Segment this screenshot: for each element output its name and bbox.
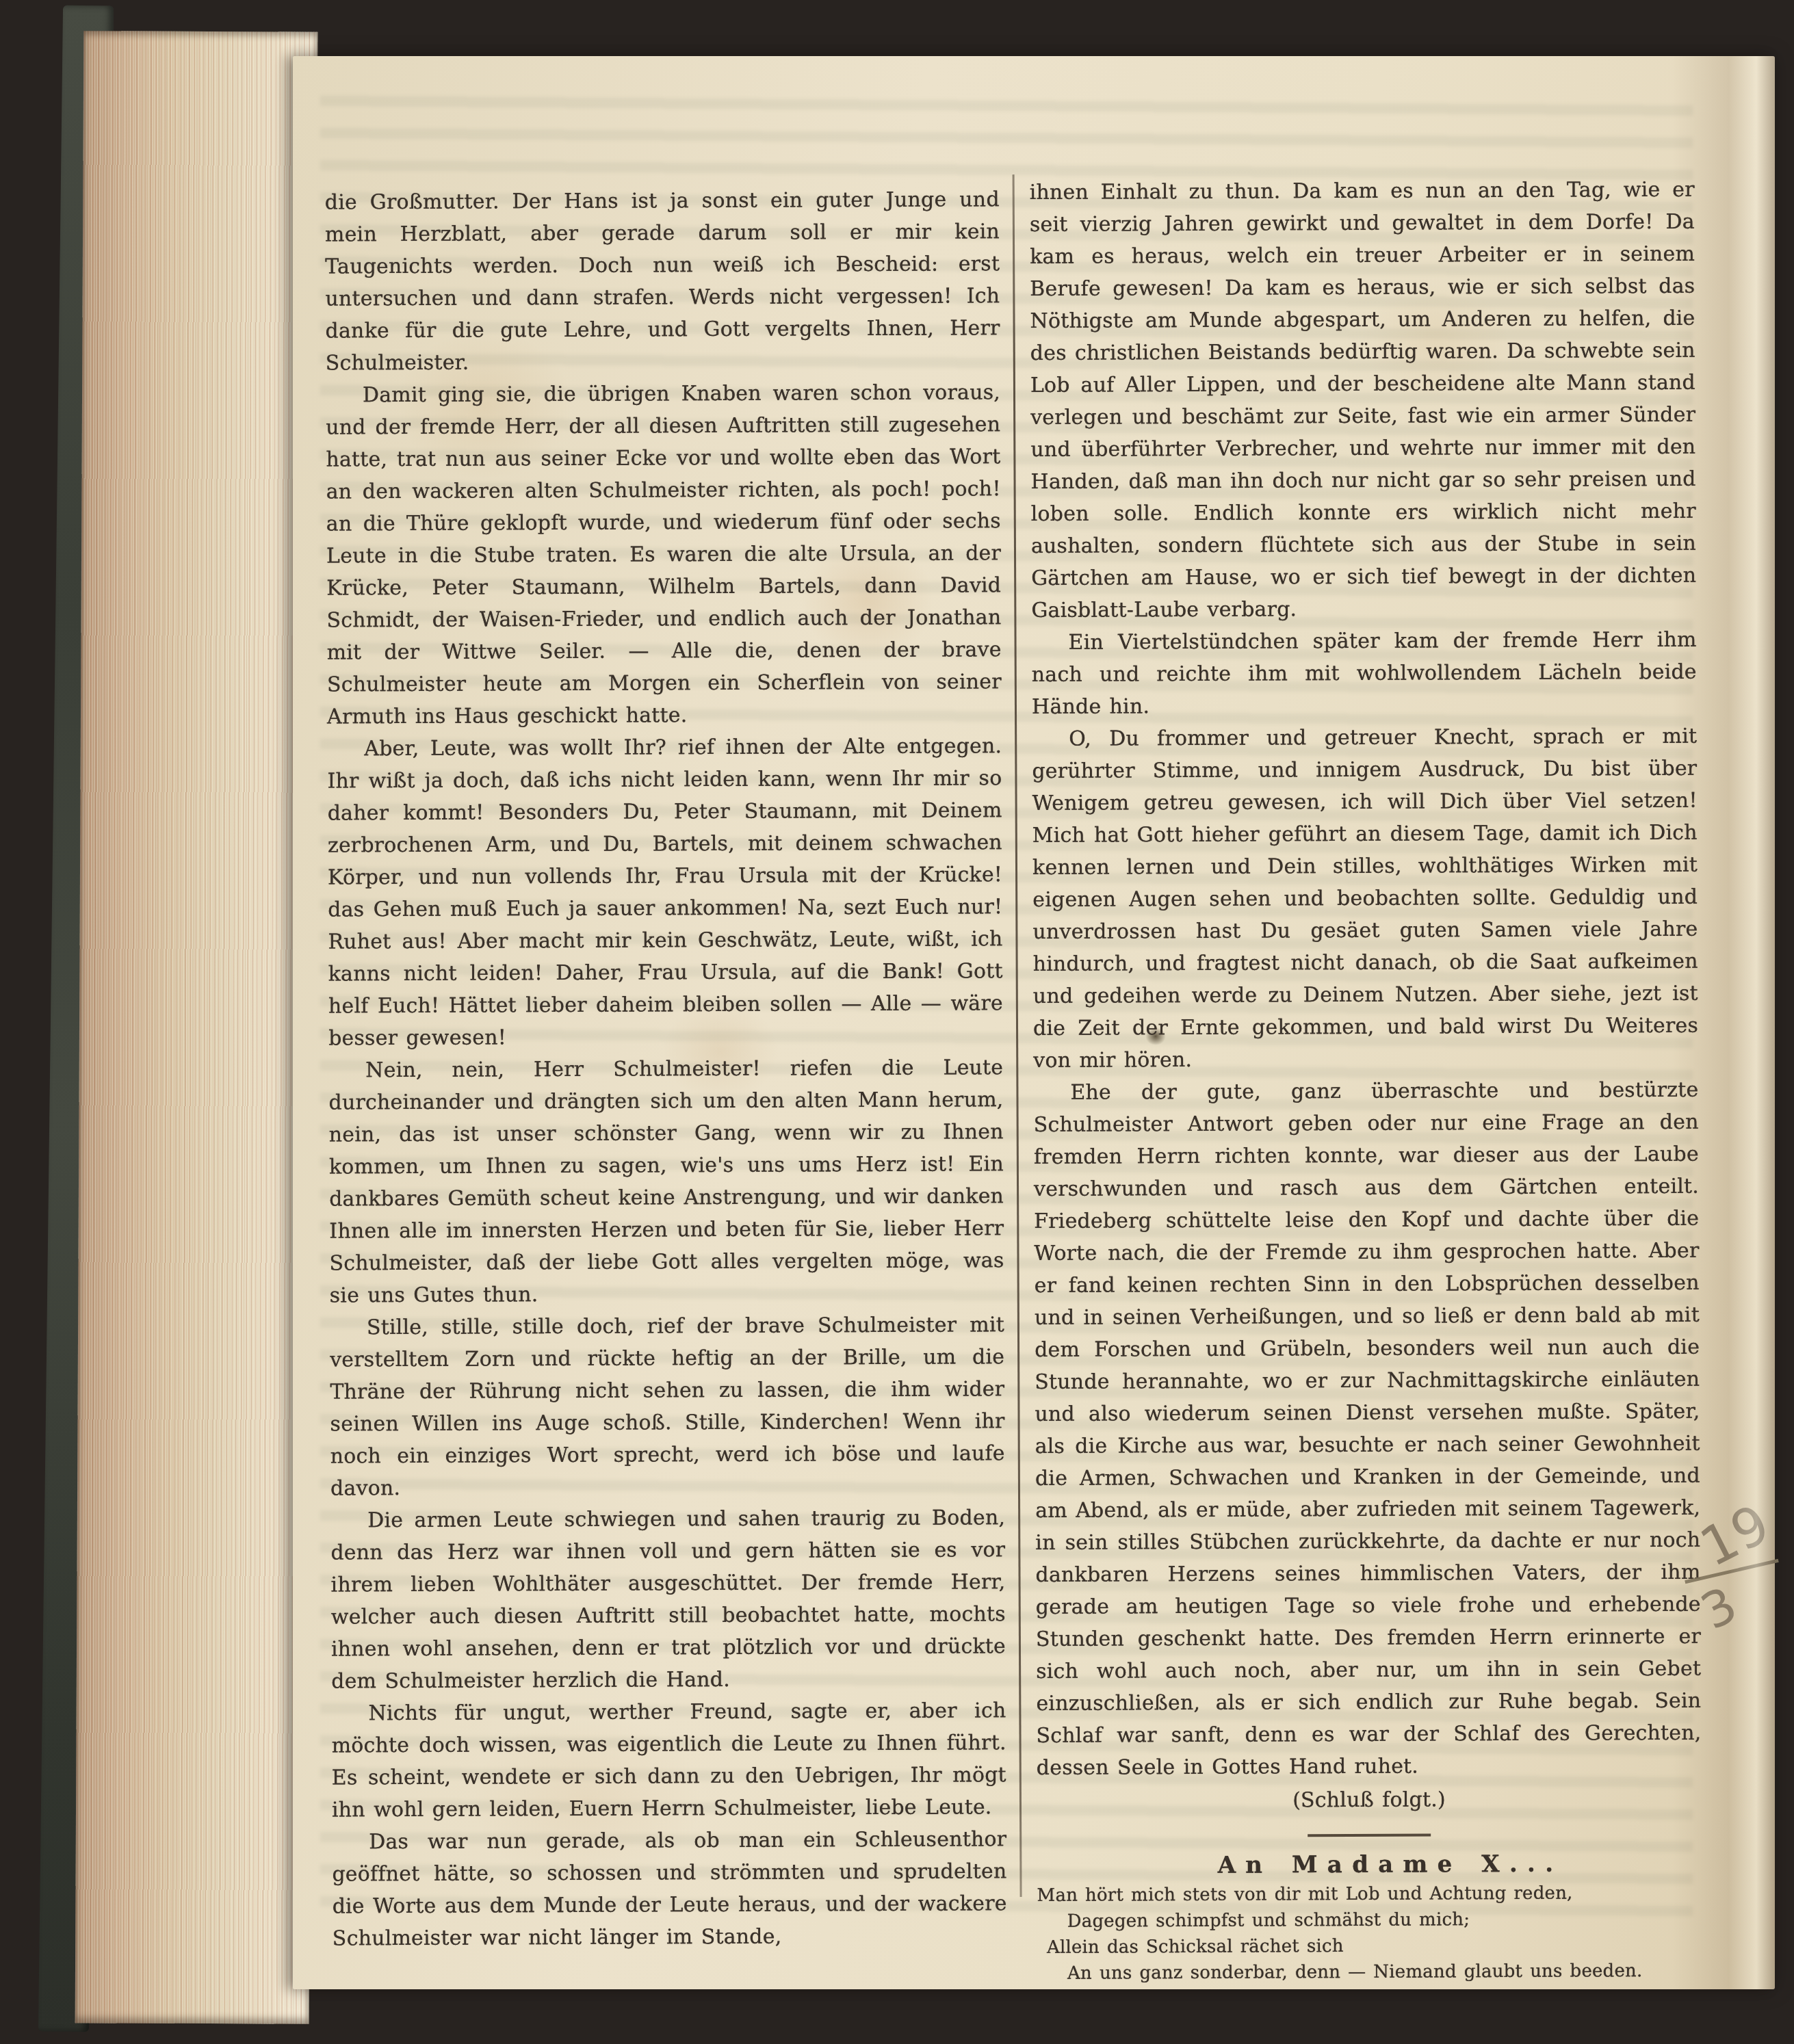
column-divider-rule <box>1013 174 1022 1897</box>
paragraph: Aber, Leute, was wollt Ihr? rief ihnen d… <box>327 730 1003 1054</box>
paragraph: Ein Viertelstündchen später kam der frem… <box>1031 624 1697 723</box>
paragraph: Die armen Leute schwiegen und sahen trau… <box>330 1502 1006 1697</box>
closing-note: (Schluß folgt.) <box>1037 1783 1702 1818</box>
poem-line: Man hört mich stets von dir mit Lob und … <box>1037 1880 1702 1909</box>
paragraph: Nein, nein, Herr Schulmeister! riefen di… <box>328 1051 1004 1311</box>
printed-text-block: die Großmutter. Der Hans ist ja sonst ei… <box>289 53 1779 1992</box>
paragraph: Das war nun gerade, als ob man ein Schle… <box>332 1823 1007 1954</box>
paragraph: Nichts für ungut, werther Freund, sagte … <box>331 1694 1006 1826</box>
pencil-marginalia: 19 3 <box>1665 1493 1794 1638</box>
marginalia-fraction-line <box>1685 1559 1779 1584</box>
poem: Man hört mich stets von dir mit Lob und … <box>1037 1880 1702 1987</box>
page-stack-fore-edge <box>75 31 318 2023</box>
left-column: die Großmutter. Der Hans ist ja sonst ei… <box>325 183 1007 1954</box>
paragraph: Ehe der gute, ganz überraschte und bestü… <box>1033 1074 1702 1784</box>
poem-title: An Madame X... <box>1037 1848 1702 1883</box>
poem-line: Allein das Schicksal rächet sich <box>1037 1932 1702 1961</box>
paragraph: ihnen Einhalt zu thun. Da kam es nun an … <box>1030 174 1697 627</box>
section-divider-rule <box>1308 1833 1431 1837</box>
paragraph: die Großmutter. Der Hans ist ja sonst ei… <box>325 183 1000 379</box>
paragraph: Stille, stille, stille doch, rief der br… <box>330 1309 1005 1504</box>
right-column: ihnen Einhalt zu thun. Da kam es nun an … <box>1030 174 1703 1987</box>
poem-line: Dagegen schimpfst und schmähst du mich; <box>1037 1906 1702 1935</box>
paragraph: Damit ging sie, die übrigen Knaben waren… <box>326 376 1002 733</box>
book-page: die Großmutter. Der Hans ist ja sonst ei… <box>293 56 1775 1989</box>
paragraph: O, Du frommer und getreuer Knecht, sprac… <box>1032 720 1698 1077</box>
poem-line: An uns ganz sonderbar, denn — Niemand gl… <box>1037 1958 1702 1987</box>
marginalia-denominator: 3 <box>1695 1544 1794 1635</box>
